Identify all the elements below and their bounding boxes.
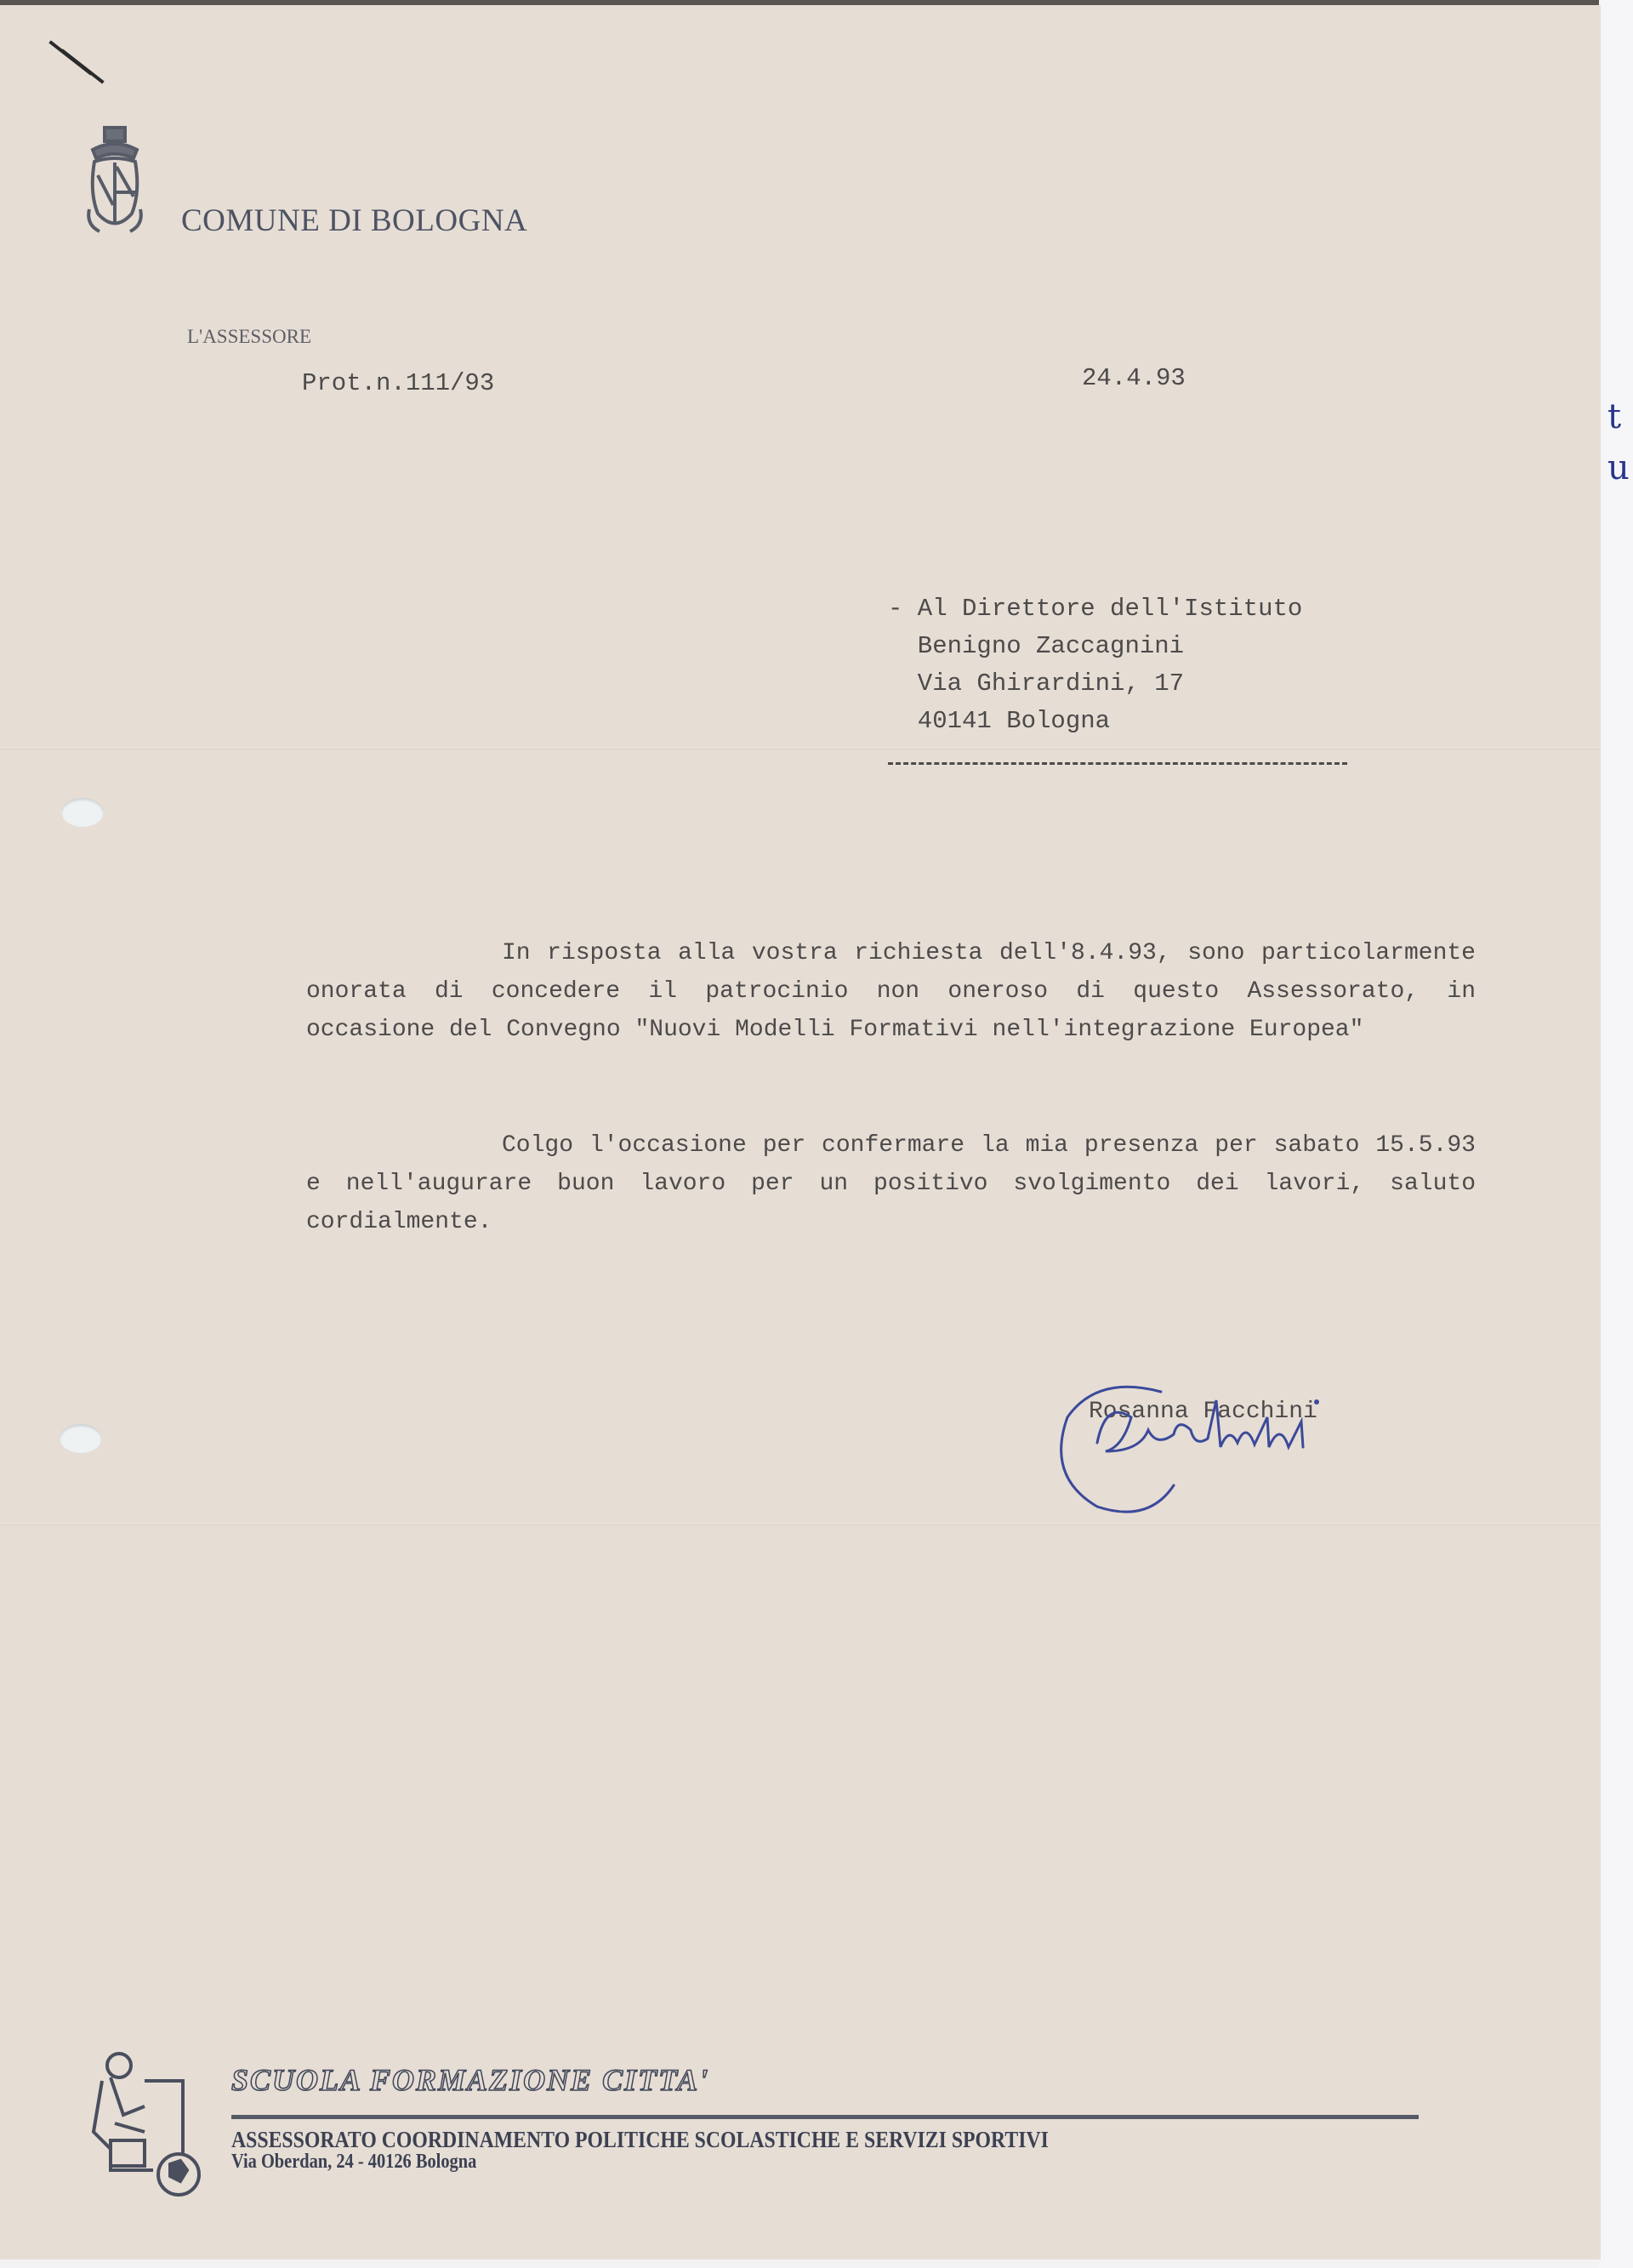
letter-date: 24.4.93 [1082, 364, 1186, 392]
footer-school-title: SCUOLA FORMAZIONE CITTA' [231, 2062, 709, 2098]
punch-hole-lower [60, 1424, 102, 1453]
filing-mark [60, 48, 104, 83]
recipient-line: Via Ghirardini, 17 [888, 670, 1184, 698]
body-paragraph: Colgo l'occasione per confermare la mia … [306, 1126, 1476, 1241]
organization-name: COMUNE DI BOLOGNA [181, 202, 527, 239]
recipient-line: 40141 Bologna [888, 707, 1110, 735]
footer-department: ASSESSORATO COORDINAMENTO POLITICHE SCOL… [231, 2127, 1049, 2153]
child-with-football-icon [85, 2047, 213, 2200]
letter-page: COMUNE DI BOLOGNA L'ASSESSORE Prot.n.111… [0, 5, 1601, 2259]
footer-divider [231, 2115, 1419, 2119]
body-paragraph: In risposta alla vostra richiesta dell'8… [306, 934, 1476, 1049]
punch-hole-upper [61, 798, 104, 827]
coat-of-arms-icon [81, 124, 149, 239]
margin-handwriting: t u [1607, 391, 1630, 493]
recipient-line: Benigno Zaccagnini [888, 632, 1184, 660]
protocol-number: Prot.n.111/93 [302, 369, 494, 397]
footer-address: Via Oberdan, 24 - 40126 Bologna [231, 2151, 476, 2174]
handwritten-signature [1046, 1366, 1369, 1519]
office-title: L'ASSESSORE [187, 326, 311, 348]
recipient-line: - Al Direttore dell'Istituto [888, 595, 1302, 623]
fold-crease-lower [0, 1523, 1601, 1525]
fold-crease-upper [0, 747, 1601, 749]
address-underline [888, 762, 1347, 765]
underlying-sheet [1599, 0, 1633, 2268]
